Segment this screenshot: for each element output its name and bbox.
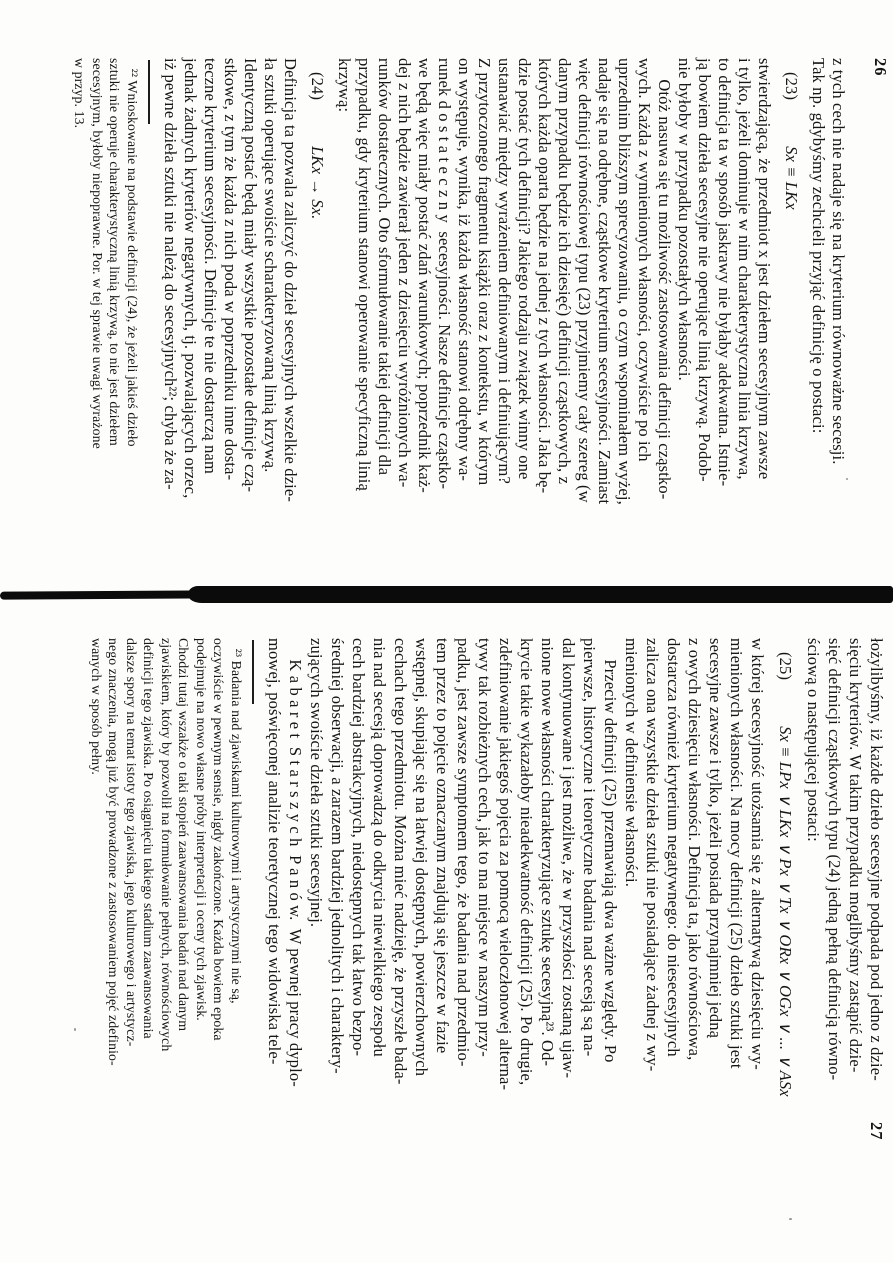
text-line: secesyjne zawsze i tylko, jeżeli posiada… [705,638,726,1253]
text-line: średniej obserwacji, a zarazem bardziej … [327,638,348,1253]
page-26-rotated-content: 26 z tych cech nie nadaje się na kryteri… [0,0,893,595]
formula-expression: Sx ≡ LPx ∨ LKx ∨ Px ∨ Tx ∨ ORx ∨ OGx ∨ .… [776,726,795,1097]
text-line: wstępnej, skupiając się na łatwiej dostę… [411,638,432,1253]
text-line: danym przypadku będzie ich dziesięć) def… [554,58,574,585]
text-line: Z przytoczonego fragmentu książki oraz z… [474,58,494,585]
text-line: to definicja ta w sposób jaskrawy nie by… [714,58,734,585]
text-line: nadaje się na odrębne, cząstkowe kryteri… [594,58,614,585]
text-line: w której secesyjność utożsamia się z alt… [747,638,768,1253]
text-line: uprzednim bliższym sprecyzowaniu, o czym… [614,58,634,585]
text-line: stwierdzającą, że przedmiot x jest dzieł… [754,58,774,585]
text-line: ją bowiem dzieła secesyjne nie operujące… [694,58,714,585]
text-line: Otóż nasuwa się tu możliwość zastosowani… [654,58,674,585]
text-line: sztuki nie operuje charakterystyczną lin… [106,58,124,585]
scan-speck [789,1218,792,1220]
text-line: mienionych własności. Na mocy definicji … [726,638,747,1253]
page-number-26: 26 [870,58,890,77]
scan-speck [836,388,839,391]
scanned-book-spread: 26 z tych cech nie nadaje się na kryteri… [0,0,893,1263]
text-line: oczywiście w pewnym sensie, nigdy zakońc… [210,638,228,1253]
text-line: padku, jest zawsze symptomem tego, że ba… [453,638,474,1253]
page-gutter-bar [188,586,893,603]
text-line: jednak żadnych kryteriów negatywnych, tj… [180,58,200,585]
text-line: Identyczną postać będą miały wszystkie p… [240,58,260,585]
scan-speck [846,478,848,480]
formula-line: (23)Sx ≡ LKx [781,58,801,585]
text-line: runków dostatecznych. Oto sformułowanie … [374,58,394,585]
text-line: ²² Wnioskowanie na podstawie definicji (… [124,58,142,585]
text-line: i tylko, jeżeli dominuje w nim charakter… [734,58,754,585]
text-line: krzywą: [334,58,354,585]
text-line: z tych cech nie nadaje się na kryterium … [828,58,848,585]
text-line: Definicja ta pozwala zaliczyć do dzieł s… [280,58,300,585]
text-line: tywy tak rozbieżnych cech, jak to ma mie… [474,638,495,1253]
formula-label: (24) [308,58,327,100]
text-line: zjawiskiem, który by pozwolił na formuło… [158,638,176,1253]
text-line: nione nowe własności charakteryzujące sz… [537,638,558,1253]
formula-expression: LKx → Sx. [308,146,327,219]
text-line: ła sztuki operujące swoiście scharaktery… [260,58,280,585]
text-line: definicji tego zjawiska. Po osiągnięciu … [140,638,158,1253]
text-line: wych. Każda z wymienionych własności, oc… [634,58,654,585]
page-26-footnote: ²² Wnioskowanie na podstawie definicji (… [71,58,141,585]
text-line: w przyp. 13. [71,58,89,585]
scanned-page-26: 26 z tych cech nie nadaje się na kryteri… [0,0,893,595]
text-line: stkowe, z tym że każda z nich poda w pop… [220,58,240,585]
formula-line: (25)Sx ≡ LPx ∨ LKx ∨ Px ∨ Tx ∨ ORx ∨ OGx… [775,638,796,1253]
text-line: nego znaczenia, mogą już być prowadzone … [105,638,123,1253]
text-line: runek d o s t a t e c z n y secesyjności… [434,58,454,585]
page-gutter-bar-thin-end [0,590,215,599]
page-27-footnote: ²³ Badania nad zjawiskami kulturowymi i … [88,638,246,1253]
text-line: podejmuje na nowo własne próby interpret… [193,638,211,1253]
text-line: z owych dziesięciu własności. Definicja … [684,638,705,1253]
formula-label: (25) [776,638,795,680]
text-line: ustanawiać między wyrażeniem definiowany… [494,58,514,585]
text-line: tem przez to pojęcie oznaczanym znajdują… [432,638,453,1253]
text-line: sięciu kryteriów. W takim przypadku mogl… [845,638,866,1253]
text-line: dej z nich będzie zawierał jeden z dzies… [394,58,414,585]
scanned-page-27: 27 łożylibyśmy, iż każde dzieło secesyjn… [0,604,893,1263]
text-line: teczne kryterium secesyjności. Definicje… [200,58,220,585]
page-27-rotated-content: 27 łożylibyśmy, iż każde dzieło secesyjn… [0,604,893,1263]
text-line: dal kontynuowane i jest możliwe, że w pr… [558,638,579,1253]
text-line: mowej, poświęconej analizie teoretycznej… [264,638,285,1253]
text-line: zalicza ona wszystkie dzieła sztuki nie … [642,638,663,1253]
scan-speck [74,1028,76,1031]
page-number-27: 27 [866,1122,886,1141]
text-line: cechach tego przedmiotu. Można mieć nadz… [390,638,411,1253]
text-line: Przeciw definicji (25) przemawiają dwa w… [600,638,621,1253]
text-line: cech bardziej abstrakcyjnych, niedostępn… [348,638,369,1253]
text-line: wanych w sposób pełny. [88,638,106,1253]
text-line: we będą więc miały postać zdań warunkowy… [414,58,434,585]
text-line: dostarcza również kryterium negatywnego:… [663,638,684,1253]
footnote-separator [148,60,150,124]
text-line: których każda oparta będzie na jednej z … [534,58,554,585]
formula-expression: Sx ≡ LKx [782,146,801,210]
page-26-body: z tych cech nie nadaje się na kryterium … [160,58,890,585]
text-line: więc definicji równościowej typu (23) pr… [574,58,594,585]
text-line: dzie postać tych definicji? Jakiego rodz… [514,58,534,585]
text-line: łożylibyśmy, iż każde dzieło secesyjne p… [866,638,887,1253]
text-line: zdefiniowanie jakiegoś pojęcia za pomocą… [495,638,516,1253]
text-line: on występuje, wynika, iż każda własność … [454,58,474,585]
footnote-separator [252,640,254,704]
text-line: sięć definicji cząstkowych typu (24) jed… [824,638,845,1253]
text-line: krycie takie wykazałoby nieadekwatność d… [516,638,537,1253]
text-line: nie byłoby w przypadku pozostałych własn… [674,58,694,585]
text-line: Tak np. gdybyśmy zechcieli przyjąć defin… [808,58,828,585]
text-line: ²³ Badania nad zjawiskami kulturowymi i … [228,638,246,1253]
text-line: zujących swoiście dzieła sztuki secesyjn… [306,638,327,1253]
text-line: secesyjnym, byłoby niepoprawne. Por. w t… [89,58,107,585]
page-27-body: łożylibyśmy, iż każde dzieło secesyjne p… [264,638,887,1253]
formula-label: (23) [782,58,801,100]
text-line: mienionych w definiensie własności. [621,638,642,1253]
text-line: iż pewne dzieła sztuki nie należą do sec… [160,58,180,585]
text-line: przypadku, gdy kryterium stanowi operowa… [354,58,374,585]
text-line: K a b a r e t S t a r s z y c h P a n ó … [285,638,306,1253]
text-line: ściową o następującej postaci: [803,638,824,1253]
text-line: nia nad secesją doprowadzą do odkrycia n… [369,638,390,1253]
text-line: dalsze spory na temat istoty tego zjawis… [123,638,141,1253]
formula-line: (24)LKx → Sx. [307,58,327,585]
text-line: Chodzi tutaj wszakże o taki stopień zaaw… [175,638,193,1253]
text-line: pierwsze, historyczne i teoretyczne bada… [579,638,600,1253]
